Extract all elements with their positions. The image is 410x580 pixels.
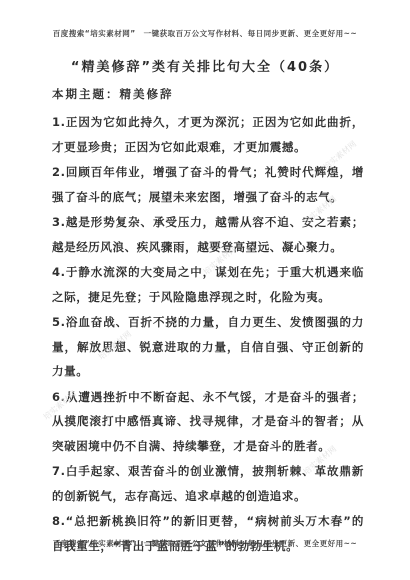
topic-line: 本期主题：精美修辞 bbox=[52, 86, 174, 102]
footer-note: 百度搜索“培实素材网” 一键获取百万公文写作材料、每日同步更新、更全更好用~~ bbox=[0, 538, 410, 549]
header-note: 百度搜索“培实素材网” 一键获取百万公文写作材料、每日同步更新、更全更好用~~ bbox=[0, 28, 410, 39]
paragraph-8: 8.“总把新桃换旧符”的新旧更替，“病树前头万木春”的自我重生，“青出于蓝而胜于… bbox=[52, 509, 364, 558]
page-title: “精美修辞”类有关排比句大全（40条） bbox=[0, 56, 410, 75]
paragraph-7: 7.白手起家、艰苦奋斗的创业激情，披荆斩棘、革故鼎新的创新锐气，志存高远、追求卓… bbox=[52, 459, 364, 508]
paragraph-3: 3.越是形势复杂、承受压力，越需从容不迫、安之若素；越是经历风浪、疾风骤雨，越要… bbox=[52, 210, 364, 259]
paragraph-1: 1.正因为它如此持久，才更为深沉；正因为它如此曲折，才更显珍贵；正因为它如此艰难… bbox=[52, 110, 364, 159]
document-body: 1.正因为它如此持久，才更为深沉；正因为它如此曲折，才更显珍贵；正因为它如此艰难… bbox=[52, 110, 364, 559]
paragraph-2: 2.回顾百年伟业，增强了奋斗的骨气；礼赞时代辉煌，增强了奋斗的底气；展望未来宏图… bbox=[52, 160, 364, 209]
paragraph-4: 4.于静水流深的大变局之中，谋划在先；于重大机遇来临之际，捷足先登；于风险隐患浮… bbox=[52, 260, 364, 309]
paragraph-5: 5.浴血奋战、百折不挠的力量，自力更生、发愤图强的力量，解放思想、锐意进取的力量… bbox=[52, 310, 364, 384]
paragraph-6: 6.从遭遇挫折中不断奋起、永不气馁，才是奋斗的强者；从摸爬滚打中感悟真谛、找寻规… bbox=[52, 385, 364, 459]
document-page: 百度搜索“培实素材网” 一键获取百万公文写作材料、每日同步更新、更全更好用~~ … bbox=[0, 0, 410, 580]
